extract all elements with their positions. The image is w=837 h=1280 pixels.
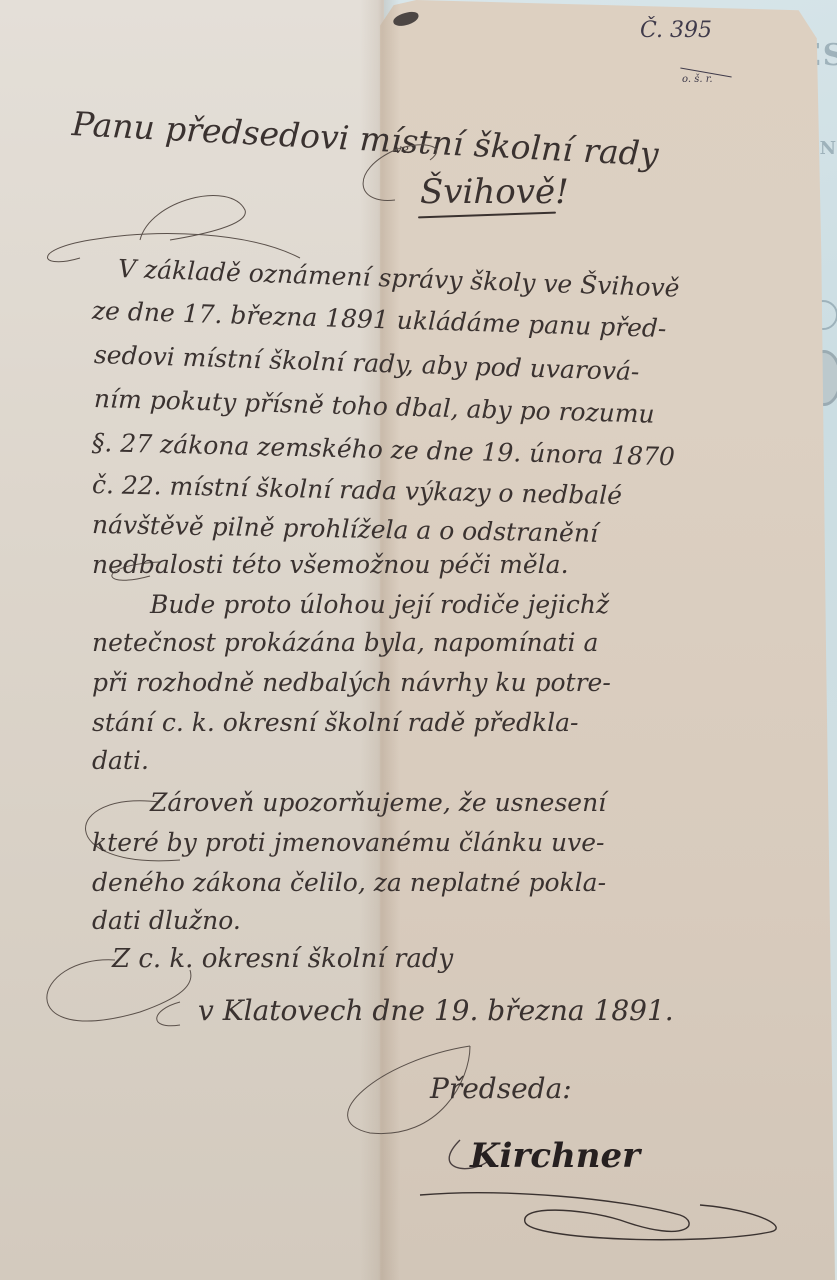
body-line: které by proti jmenovanému článku uve-	[92, 828, 605, 857]
reference-number: Č. 395 o. š. r.	[640, 18, 712, 43]
body-line: Bude proto úlohou její rodiče jejichž	[150, 590, 609, 619]
body-line: deného zákona čelilo, za neplatné pokla-	[92, 868, 606, 897]
body-line: při rozhodně nedbalých návrhy ku potre-	[92, 668, 611, 697]
reference-sub: o. š. r.	[682, 74, 742, 85]
body-line: Zároveň upozorňujeme, že usnesení	[150, 788, 606, 817]
body-line: netečnost prokázána byla, napomínati a	[92, 628, 598, 657]
body-line: stání c. k. okresní školní radě předkla-	[92, 708, 579, 737]
body-line: dati dlužno.	[92, 906, 241, 935]
body-line: dati.	[92, 746, 149, 775]
address-place: Švihově!	[420, 172, 569, 212]
address-prefix: ve	[395, 142, 409, 156]
signature-title: Předseda:	[430, 1072, 572, 1105]
signature-name: Kirchner	[470, 1136, 640, 1176]
body-line: nedbalosti této všemožnou péči měla.	[92, 550, 569, 579]
closing-line: v Klatovech dne 19. března 1891.	[198, 994, 674, 1027]
reference-label: Č. 395	[640, 18, 712, 43]
closing-line: Z c. k. okresní školní rady	[112, 944, 453, 974]
